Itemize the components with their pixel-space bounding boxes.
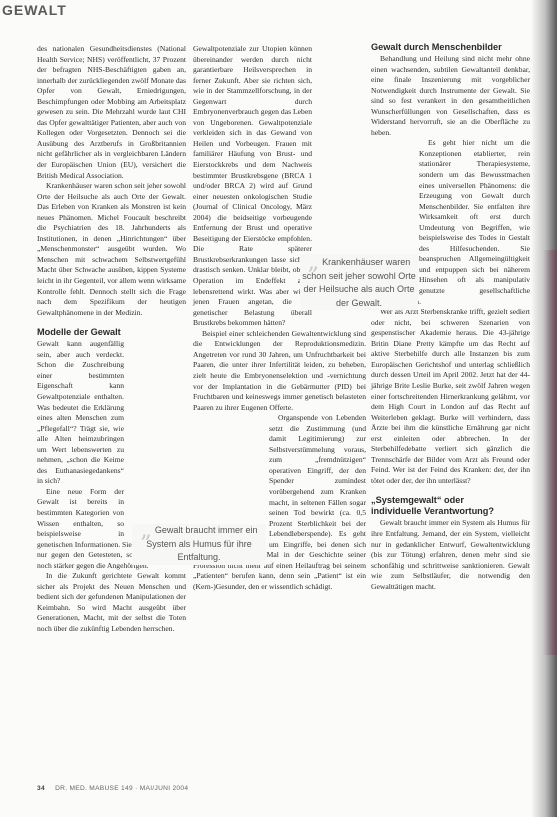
paragraph: Behandlung und Heilung sind nicht mehr o… <box>371 54 530 138</box>
double-quote-icon: „ <box>308 257 319 269</box>
double-quote-icon: „ <box>141 525 152 537</box>
paragraph: Gewalt kann augenfällig sein, aber auch … <box>37 339 186 487</box>
pull-quote-1: „Krankenhäuser waren schon seit jeher so… <box>300 254 418 310</box>
section-heading: „Systemgewalt“ oder individuelle Verantw… <box>371 495 530 517</box>
section-heading: Gewalt durch Menschenbilder <box>371 42 530 53</box>
pull-quote-spacer <box>185 395 265 545</box>
publication-info: DR. MED. MABUSE 149 · MAI/JUNI 2004 <box>55 785 188 792</box>
paragraph-text: Gewaltpotenziale zur Utopien können über… <box>193 44 312 327</box>
magazine-page: GEWALT des nationalen Gesundheitsdienste… <box>0 0 557 817</box>
heading-line: individuelle Verantwortung? <box>371 506 494 516</box>
page-number: 34 <box>37 785 45 792</box>
column-2: Gewaltpotenziale zur Utopien können über… <box>193 44 366 592</box>
paragraph: Organspende von Lebenden setzt die Zusti… <box>193 413 366 592</box>
page-edge-shadow <box>531 0 557 817</box>
pull-quote-text: Gewalt braucht immer ein System als Humu… <box>146 525 257 562</box>
heading-line: „Systemgewalt“ oder <box>371 495 464 505</box>
paragraph: Gewalt braucht immer ein System als Humu… <box>371 518 530 592</box>
paragraph-text: Gewalt kann augenfällig sein, aber auch … <box>37 339 124 485</box>
section-heading: Modelle der Gewalt <box>37 327 186 338</box>
paragraph: In die Zukunft gerichtete Gewalt kommt s… <box>37 571 186 634</box>
paragraph: des nationalen Gesundheitsdienstes (Nati… <box>37 44 186 181</box>
paragraph: Beispiel einer schleichenden Gewaltentwi… <box>193 329 366 413</box>
column-3: Gewalt durch Menschenbilder Behandlung u… <box>371 42 530 592</box>
page-footer: 34 DR. MED. MABUSE 149 · MAI/JUNI 2004 <box>37 785 188 792</box>
page-edge-tint <box>543 250 557 655</box>
paragraph: Krankenhäuser waren schon seit jeher sow… <box>37 181 186 318</box>
pull-quote-text: Krankenhäuser waren schon seit jeher sow… <box>302 257 416 308</box>
paragraph: Wer als Arzt Sterbenskranke trifft, gezi… <box>371 307 530 486</box>
running-head: GEWALT <box>2 2 67 18</box>
pull-quote-2: „Gewalt braucht immer ein System als Hum… <box>132 524 266 565</box>
